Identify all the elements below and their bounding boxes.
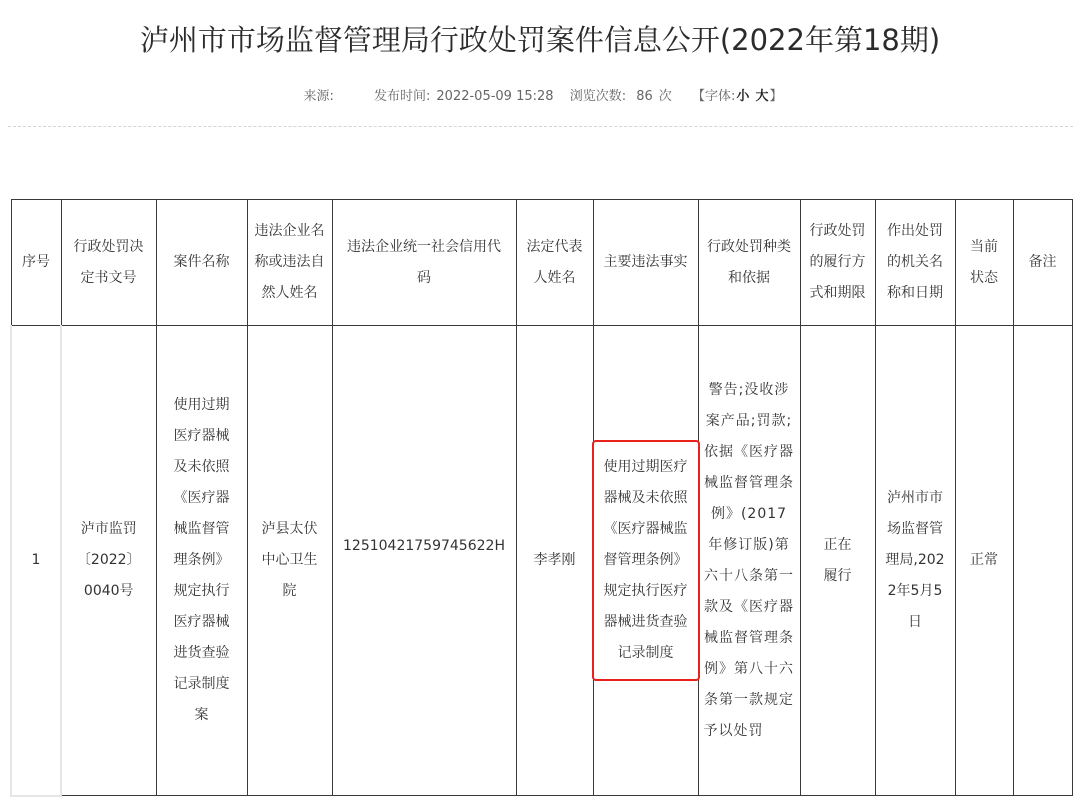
header-fulfillment: 行政处罚的履行方式和期限 xyxy=(800,200,875,326)
font-size-switcher: 【字体:小 大】 xyxy=(692,89,783,104)
header-party-name: 违法企业名称或违法自然人姓名 xyxy=(247,200,332,326)
cell-party-name: 泸县太伏中心卫生院 xyxy=(247,326,332,796)
header-remark: 备注 xyxy=(1013,200,1072,326)
table-header-row: 序号 行政处罚决定书文号 案件名称 违法企业名称或违法自然人姓名 违法企业统一社… xyxy=(11,200,1072,326)
cell-authority-date: 泸州市市场监督管理局,2022年5月5日 xyxy=(875,326,955,796)
views-label: 浏览次数: xyxy=(570,89,626,104)
publish-field: 发布时间:2022-05-09 15:28 xyxy=(368,89,554,104)
header-legal-rep: 法定代表人姓名 xyxy=(516,200,593,326)
font-small-button[interactable]: 小 xyxy=(736,89,749,104)
views-field: 浏览次数: 86次 xyxy=(570,89,672,104)
publish-label: 发布时间: xyxy=(374,89,430,104)
publish-time: 2022-05-09 15:28 xyxy=(436,89,553,104)
header-authority-date: 作出处罚的机关名称和日期 xyxy=(875,200,955,326)
font-large-button[interactable]: 大 xyxy=(755,89,768,104)
header-decision-no: 行政处罚决定书文号 xyxy=(61,200,156,326)
font-label: 【字体: xyxy=(692,89,735,104)
cell-legal-rep: 李孝刚 xyxy=(516,326,593,796)
header-main-facts: 主要违法事实 xyxy=(593,200,698,326)
cell-main-facts: 使用过期医疗器械及未依照《医疗器械监督管理条例》规定执行医疗器械进货查验记录制度 xyxy=(593,326,698,796)
table-row: 1 泸市监罚〔2022〕0040号 使用过期医疗器械及未依照《医疗器械监督管理条… xyxy=(11,326,1072,796)
source-field: 来源: xyxy=(297,89,351,104)
cell-remark xyxy=(1013,326,1072,796)
font-label-close: 】 xyxy=(770,89,783,104)
article-meta: 来源: 发布时间:2022-05-09 15:28 浏览次数: 86次 【字体:… xyxy=(0,86,1080,108)
cell-penalty-basis: 警告;没收涉案产品;罚款;依据《医疗器械监督管理条例》(2017年修订版)第六十… xyxy=(698,326,800,796)
views-unit: 次 xyxy=(659,89,672,104)
penalty-case-table: 序号 行政处罚决定书文号 案件名称 违法企业名称或违法自然人姓名 违法企业统一社… xyxy=(10,199,1073,797)
highlighted-main-facts: 使用过期医疗器械及未依照《医疗器械监督管理条例》规定执行医疗器械进货查验记录制度 xyxy=(592,440,700,681)
cell-index: 1 xyxy=(11,326,61,796)
cell-fulfillment: 正在履行 xyxy=(800,326,875,796)
page-title: 泸州市市场监督管理局行政处罚案件信息公开(2022年第18期) xyxy=(0,14,1080,66)
cell-decision-no: 泸市监罚〔2022〕0040号 xyxy=(61,326,156,796)
cell-case-name: 使用过期医疗器械及未依照《医疗器械监督管理条例》规定执行医疗器械进货查验记录制度… xyxy=(156,326,247,796)
views-count: 86 xyxy=(636,89,653,104)
dashed-divider xyxy=(8,126,1073,127)
header-case-name: 案件名称 xyxy=(156,200,247,326)
cell-credit-code: 12510421759745622H xyxy=(332,326,516,796)
header-penalty-basis: 行政处罚种类和依据 xyxy=(698,200,800,326)
header-credit-code: 违法企业统一社会信用代码 xyxy=(332,200,516,326)
header-index: 序号 xyxy=(11,200,61,326)
header-status: 当前状态 xyxy=(955,200,1013,326)
source-label: 来源: xyxy=(303,89,333,104)
cell-status: 正常 xyxy=(955,326,1013,796)
